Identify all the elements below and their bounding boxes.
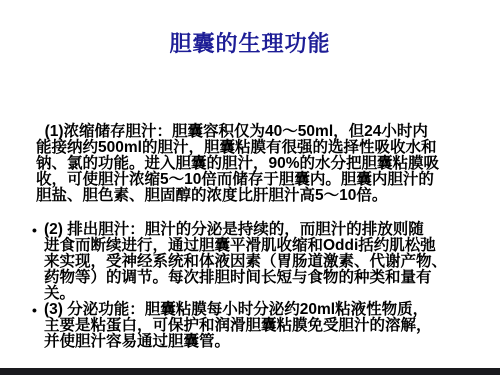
text-line: (1)浓缩储存胆汁：胆囊容积仅为40～50ml，但24小时内 (36, 124, 439, 140)
slide-title: 胆囊的生理功能 (0, 31, 500, 57)
text-line: 收，可使胆汁浓缩5～10倍而储存于胆囊内。胆囊内胆汁的 (36, 172, 439, 188)
bullet-marker: • (32, 222, 44, 238)
paragraph-2: • (2) 排出胆汁：胆汁的分泌是持续的，而胆汁的排放则随 进食而断续进行，通过… (44, 222, 447, 302)
text-line: 能接纳约500ml的胆汁，胆囊粘膜有很强的选择性吸收水和 (36, 140, 439, 156)
text-line: 关。 (44, 286, 447, 302)
text-line: 钠、氯的功能。进入胆囊的胆汁，90%的水分把胆囊粘膜吸 (36, 156, 439, 172)
bottom-border-bar (0, 368, 500, 375)
text-line: 进食而断续进行，通过胆囊平滑肌收缩和Oddi括约肌松弛 (44, 238, 447, 254)
text-line: 药物等）的调节。每次排胆时间长短与食物的种类和量有 (44, 270, 447, 286)
presentation-slide: 胆囊的生理功能 (1)浓缩储存胆汁：胆囊容积仅为40～50ml，但24小时内 能… (0, 0, 500, 375)
bullet-marker: • (32, 302, 44, 318)
text-line: 来实现，受神经系统和体液因素（胃肠道激素、代谢产物、 (44, 254, 447, 270)
text-line: (3) 分泌功能：胆囊粘膜每小时分泌约20ml粘液性物质， (44, 302, 432, 318)
text-line: 胆盐、胆色素、胆固醇的浓度比肝胆汁高5～10倍。 (36, 188, 439, 204)
text-line: (2) 排出胆汁：胆汁的分泌是持续的，而胆汁的排放则随 (44, 222, 447, 238)
text-line: 主要是粘蛋白，可保护和润滑胆囊粘膜免受胆汁的溶解， (44, 318, 432, 334)
paragraph-3: • (3) 分泌功能：胆囊粘膜每小时分泌约20ml粘液性物质， 主要是粘蛋白，可… (44, 302, 432, 350)
paragraph-1: (1)浓缩储存胆汁：胆囊容积仅为40～50ml，但24小时内 能接纳约500ml… (36, 124, 439, 204)
text-line: 并使胆汁容易通过胆囊管。 (44, 334, 432, 350)
